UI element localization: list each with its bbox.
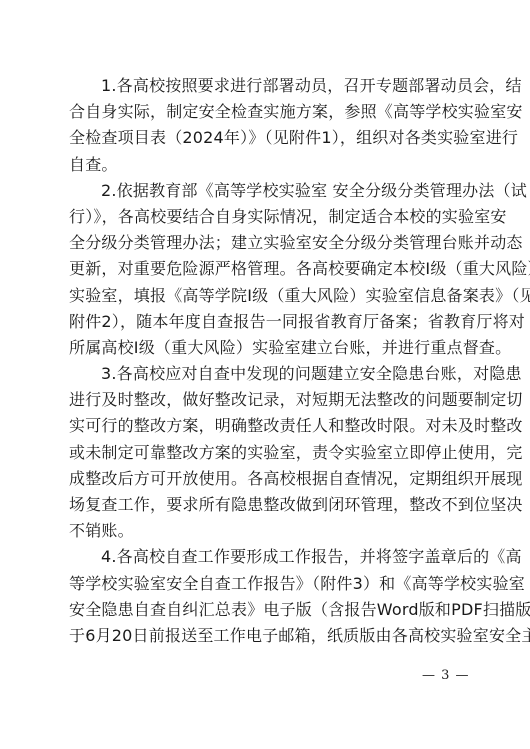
text-line: 于6月20日前报送至工作电子邮箱，纸质版由各高校实验室安全主 bbox=[69, 623, 467, 649]
text-line: 3.各高校应对自查中发现的问题建立安全隐患台账，对隐患 bbox=[69, 361, 467, 387]
paragraph-3: 3.各高校应对自查中发现的问题建立安全隐患台账，对隐患 进行及时整改，做好整改记… bbox=[69, 361, 467, 544]
text-line: 自查。 bbox=[69, 152, 467, 178]
text-line: 合自身实际，制定安全检查实施方案，参照《高等学校实验室安 bbox=[69, 99, 467, 125]
paragraph-2: 2.依据教育部《高等学校实验室 安全分级分类管理办法（试 行）》，各高校要结合自… bbox=[69, 178, 467, 361]
text-line: 成整改后方可开放使用。各高校根据自查情况，定期组织开展现 bbox=[69, 466, 467, 492]
text-line: 实验室，填报《高等学院Ⅰ级（重大风险）实验室信息备案表》（见 bbox=[69, 283, 467, 309]
text-line: 实可行的整改方案，明确整改责任人和整改时限。对未及时整改 bbox=[69, 413, 467, 439]
text-line: 附件2），随本年度自查报告一同报省教育厅备案；省教育厅将对 bbox=[69, 309, 467, 335]
document-body: 1.各高校按照要求进行部署动员，召开专题部署动员会，结 合自身实际，制定安全检查… bbox=[69, 73, 467, 649]
text-line: 不销账。 bbox=[69, 518, 467, 544]
text-line: 全分级分类管理办法；建立实验室安全分级分类管理台账并动态 bbox=[69, 230, 467, 256]
text-line: 或未制定可靠整改方案的实验室，责令实验室立即停止使用，完 bbox=[69, 440, 467, 466]
paragraph-4: 4.各高校自查工作要形成工作报告，并将签字盖章后的《高 等学校实验室安全自查工作… bbox=[69, 544, 467, 649]
text-line: 全检查项目表（2024年）》（见附件1），组织对各类实验室进行 bbox=[69, 125, 467, 151]
text-line: 1.各高校按照要求进行部署动员，召开专题部署动员会，结 bbox=[69, 73, 467, 99]
text-line: 场复查工作，要求所有隐患整改做到闭环管理，整改不到位坚决 bbox=[69, 492, 467, 518]
text-line: 所属高校Ⅰ级（重大风险）实验室建立台账，并进行重点督查。 bbox=[69, 335, 467, 361]
paragraph-1: 1.各高校按照要求进行部署动员，召开专题部署动员会，结 合自身实际，制定安全检查… bbox=[69, 73, 467, 178]
text-line: 2.依据教育部《高等学校实验室 安全分级分类管理办法（试 bbox=[69, 178, 467, 204]
text-line: 行）》，各高校要结合自身实际情况，制定适合本校的实验室安 bbox=[69, 204, 467, 230]
text-line: 进行及时整改，做好整改记录，对短期无法整改的问题要制定切 bbox=[69, 387, 467, 413]
page-number: — 3 — bbox=[422, 668, 470, 683]
text-line: 4.各高校自查工作要形成工作报告，并将签字盖章后的《高 bbox=[69, 544, 467, 570]
text-line: 安全隐患自查自纠汇总表》电子版（含报告Word版和PDF扫描版） bbox=[69, 597, 467, 623]
text-line: 等学校实验室安全自查工作报告》（附件3）和《高等学校实验室 bbox=[69, 571, 467, 597]
text-line: 更新，对重要危险源严格管理。各高校要确定本校Ⅰ级（重大风险） bbox=[69, 256, 467, 282]
